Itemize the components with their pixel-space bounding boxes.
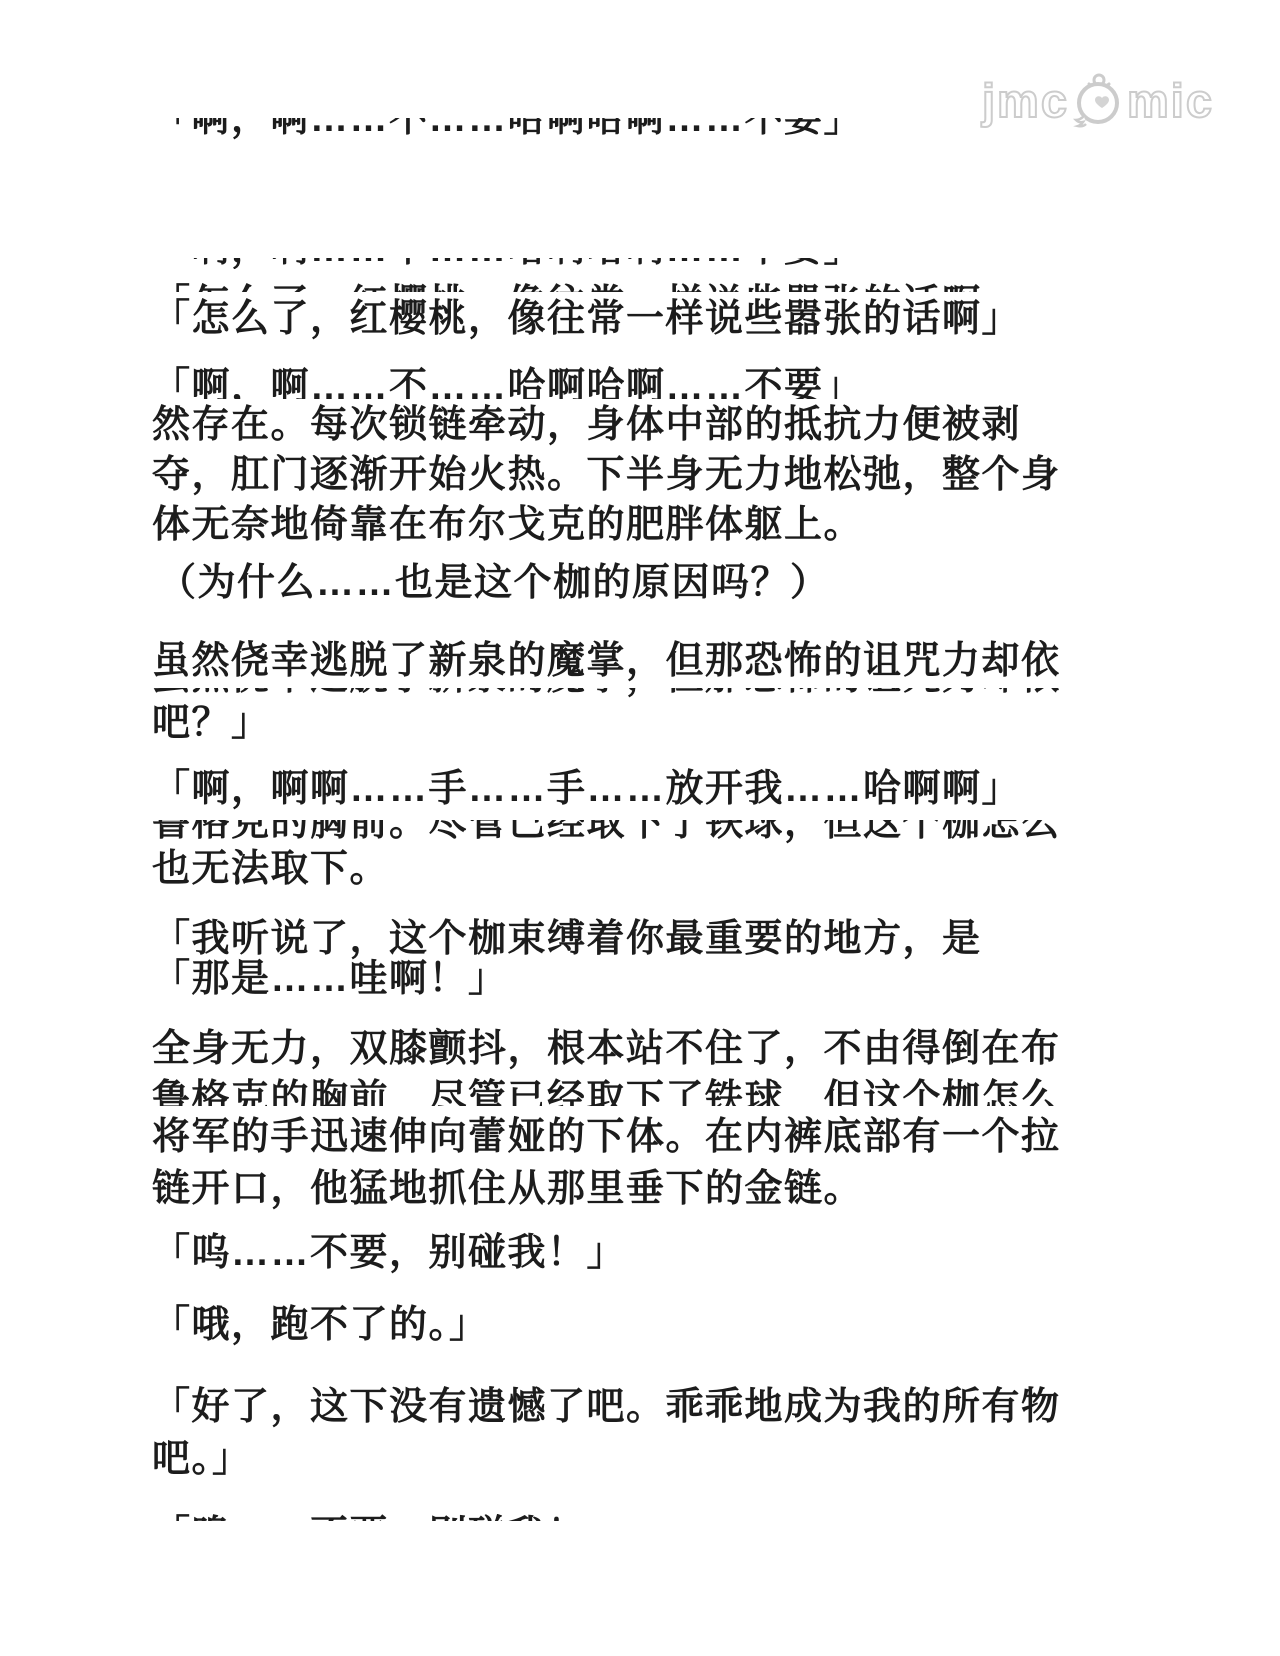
text-line-content: 鲁格克的胸前，尽管已经取下了铁球，但这个枷怎么: [152, 1076, 1061, 1106]
text-line-content: 虽然侥幸逃脱了新泉的魔掌，但那恐怖的诅咒力却依: [152, 688, 1061, 698]
glitch-text-line: 「怎么了，红樱桃，像往常一样说些嚣张的话啊」: [152, 281, 1021, 292]
text-line-content: 吧。」: [152, 1436, 252, 1482]
text-line-content: 「啊，啊……不……哈啊哈啊……不要」: [152, 366, 863, 399]
text-line: 「啊，啊……不……哈啊哈啊……不要」: [152, 366, 863, 399]
glitch-text-line: 「啊，啊……不……哈啊哈啊……不要」: [152, 118, 863, 140]
text-line: 吧。」: [152, 1436, 252, 1482]
text-line-content: 体无奈地倚靠在布尔戈克的肥胖体躯上。: [152, 502, 863, 548]
text-line-content: 「怎么了，红樱桃，像往常一样说些嚣张的话啊」: [152, 281, 1021, 292]
text-line: 「那是……哇啊！」: [152, 956, 508, 1002]
text-line-content: 「啊，啊啊……手……手……放开我……哈啊啊」: [152, 766, 1021, 812]
text-line-content: 鲁格克的胸前。尽管已经取下了铁球，但这个枷怎么: [152, 820, 1061, 845]
glitch-text-line: 「呜……不要，别碰我！」: [152, 1512, 626, 1521]
glitch-text-line: 「啊，啊……不……哈啊哈啊……不要」: [152, 258, 863, 269]
text-line: 也无法取下。: [152, 846, 389, 892]
text-line-content: 「哦，跑不了的。」: [152, 1302, 489, 1348]
text-line: 全身无力，双膝颤抖，根本站不住了，不由得倒在布: [152, 1026, 1061, 1072]
text-line-content: 「啊，啊……不……哈啊哈啊……不要」: [152, 258, 863, 269]
text-line: 将军的手迅速伸向蕾娅的下体。在内裤底部有一个拉: [152, 1114, 1061, 1160]
glitch-text-line: 虽然侥幸逃脱了新泉的魔掌，但那恐怖的诅咒力却依: [152, 688, 1061, 698]
text-line-content: 「那是……哇啊！」: [152, 956, 508, 1002]
text-line: 「哦，跑不了的。」: [152, 1302, 489, 1348]
text-line-content: （为什么……也是这个枷的原因吗？）: [158, 560, 830, 606]
text-line: 然存在。每次锁链牵动，身体中部的抵抗力便被剥: [152, 402, 1021, 448]
text-line: 「呜……不要，别碰我！」: [152, 1230, 626, 1276]
text-line-content: 链开口，他猛地抓住从那里垂下的金链。: [152, 1166, 863, 1212]
glitch-text-line: 鲁格克的胸前。尽管已经取下了铁球，但这个枷怎么: [152, 820, 1061, 845]
text-line: （为什么……也是这个枷的原因吗？）: [158, 560, 830, 606]
novel-text-page: jmc mic 「啊，啊……不……哈啊哈啊……不要」「啊，啊……不……哈啊哈啊……: [0, 0, 1280, 1656]
text-line: 吧？」: [152, 700, 271, 746]
brand-logo-text-right: mic: [1127, 77, 1214, 124]
text-line-content: 然存在。每次锁链牵动，身体中部的抵抗力便被剥: [152, 402, 1021, 448]
text-line-content: 将军的手迅速伸向蕾娅的下体。在内裤底部有一个拉: [152, 1114, 1061, 1160]
text-line-content: 「啊，啊……不……哈啊哈啊……不要」: [152, 118, 863, 140]
brand-logo[interactable]: jmc mic: [982, 72, 1214, 128]
text-line: 链开口，他猛地抓住从那里垂下的金链。: [152, 1166, 863, 1212]
text-line-content: 「好了，这下没有遗憾了吧。乖乖地成为我的所有物: [152, 1384, 1061, 1430]
text-line-content: 「呜……不要，别碰我！」: [152, 1230, 626, 1276]
text-line: 虽然侥幸逃脱了新泉的魔掌，但那恐怖的诅咒力却依: [152, 638, 1061, 684]
text-line: 「怎么了，红樱桃，像往常一样说些嚣张的话啊」: [152, 296, 1021, 342]
text-line-content: 吧？」: [152, 700, 271, 746]
text-line: 「啊，啊啊……手……手……放开我……哈啊啊」: [152, 766, 1021, 812]
text-line-content: 「怎么了，红樱桃，像往常一样说些嚣张的话啊」: [152, 296, 1021, 342]
text-line: 「好了，这下没有遗憾了吧。乖乖地成为我的所有物: [152, 1384, 1061, 1430]
bird-stopwatch-icon: [1072, 72, 1124, 128]
text-line-content: 「呜……不要，别碰我！」: [152, 1512, 626, 1521]
text-line-content: 全身无力，双膝颤抖，根本站不住了，不由得倒在布: [152, 1026, 1061, 1072]
text-line-content: 也无法取下。: [152, 846, 389, 892]
brand-logo-text-left: jmc: [982, 77, 1069, 124]
text-line: 体无奈地倚靠在布尔戈克的肥胖体躯上。: [152, 502, 863, 548]
text-line: 鲁格克的胸前，尽管已经取下了铁球，但这个枷怎么: [152, 1076, 1061, 1106]
text-line-content: 夺，肛门逐渐开始火热。下半身无力地松弛，整个身: [152, 452, 1061, 498]
text-line: 夺，肛门逐渐开始火热。下半身无力地松弛，整个身: [152, 452, 1061, 498]
text-line-content: 虽然侥幸逃脱了新泉的魔掌，但那恐怖的诅咒力却依: [152, 638, 1061, 684]
